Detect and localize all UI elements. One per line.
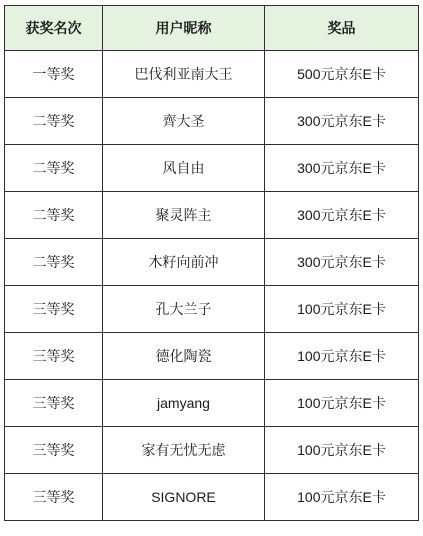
- header-prize: 奖品: [265, 6, 419, 51]
- nickname-cell: 家有无忧无虑: [103, 427, 265, 474]
- rank-cell: 三等奖: [5, 474, 103, 521]
- header-rank: 获奖名次: [5, 6, 103, 51]
- table-row: 三等奖 德化陶瓷 100元京东E卡: [5, 333, 419, 380]
- table-row: 二等奖 齊大圣 300元京东E卡: [5, 98, 419, 145]
- page: 获奖名次 用户昵称 奖品 一等奖 巴伐利亚南大王 500元京东E卡 二等奖 齊大…: [0, 0, 423, 536]
- nickname-cell: jamyang: [103, 380, 265, 427]
- rank-cell: 二等奖: [5, 192, 103, 239]
- prize-cell: 100元京东E卡: [265, 286, 419, 333]
- table-row: 二等奖 聚灵阵主 300元京东E卡: [5, 192, 419, 239]
- prize-cell: 300元京东E卡: [265, 192, 419, 239]
- nickname-cell: 聚灵阵主: [103, 192, 265, 239]
- table-row: 二等奖 风自由 300元京东E卡: [5, 145, 419, 192]
- rank-cell: 一等奖: [5, 51, 103, 98]
- table-row: 一等奖 巴伐利亚南大王 500元京东E卡: [5, 51, 419, 98]
- table-row: 三等奖 孔大兰子 100元京东E卡: [5, 286, 419, 333]
- rank-cell: 二等奖: [5, 145, 103, 192]
- rank-cell: 三等奖: [5, 333, 103, 380]
- rank-cell: 三等奖: [5, 380, 103, 427]
- prize-cell: 100元京东E卡: [265, 474, 419, 521]
- prize-cell: 300元京东E卡: [265, 239, 419, 286]
- header-nickname: 用户昵称: [103, 6, 265, 51]
- prize-cell: 300元京东E卡: [265, 98, 419, 145]
- nickname-cell: 巴伐利亚南大王: [103, 51, 265, 98]
- table-row: 三等奖 家有无忧无虑 100元京东E卡: [5, 427, 419, 474]
- nickname-cell: 木籽向前冲: [103, 239, 265, 286]
- table-row: 三等奖 jamyang 100元京东E卡: [5, 380, 419, 427]
- nickname-cell: 风自由: [103, 145, 265, 192]
- rank-cell: 三等奖: [5, 286, 103, 333]
- header-row: 获奖名次 用户昵称 奖品: [5, 6, 419, 51]
- nickname-cell: SIGNORE: [103, 474, 265, 521]
- rank-cell: 三等奖: [5, 427, 103, 474]
- prize-cell: 100元京东E卡: [265, 427, 419, 474]
- prize-cell: 100元京东E卡: [265, 380, 419, 427]
- prize-cell: 100元京东E卡: [265, 333, 419, 380]
- table-row: 二等奖 木籽向前冲 300元京东E卡: [5, 239, 419, 286]
- prize-cell: 300元京东E卡: [265, 145, 419, 192]
- nickname-cell: 德化陶瓷: [103, 333, 265, 380]
- rank-cell: 二等奖: [5, 98, 103, 145]
- table-row: 三等奖 SIGNORE 100元京东E卡: [5, 474, 419, 521]
- nickname-cell: 孔大兰子: [103, 286, 265, 333]
- rank-cell: 二等奖: [5, 239, 103, 286]
- prize-cell: 500元京东E卡: [265, 51, 419, 98]
- nickname-cell: 齊大圣: [103, 98, 265, 145]
- prize-table: 获奖名次 用户昵称 奖品 一等奖 巴伐利亚南大王 500元京东E卡 二等奖 齊大…: [4, 5, 419, 521]
